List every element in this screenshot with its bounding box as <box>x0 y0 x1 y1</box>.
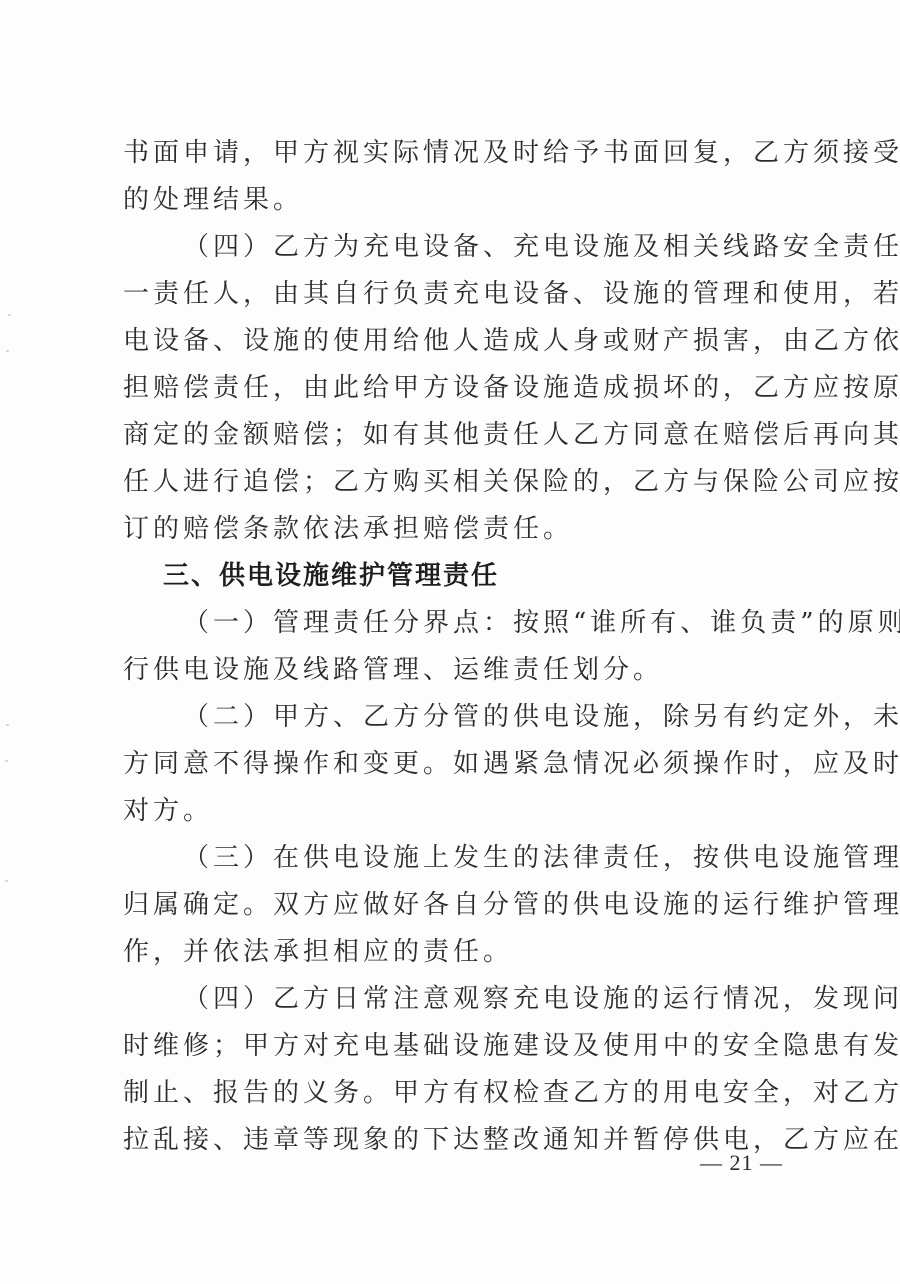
paragraph-line: 对方。 <box>123 788 785 835</box>
document-body: 书面申请，甲方视实际情况及时给予书面回复，乙方须接受甲方 的处理结果。 （四）乙… <box>123 130 785 1164</box>
clause-4-line: （四）乙方为充电设备、充电设施及相关线路安全责任的第 <box>123 224 785 271</box>
paragraph-line: 电设备、设施的使用给他人造成人身或财产损害，由乙方依法承 <box>123 318 785 365</box>
scan-speck <box>8 314 11 316</box>
scan-speck <box>6 724 9 726</box>
paragraph-line: 担赔偿责任，由此给甲方设备设施造成损坏的，乙方应按原值或 <box>123 365 785 412</box>
document-page: 书面申请，甲方视实际情况及时给予书面回复，乙方须接受甲方 的处理结果。 （四）乙… <box>0 0 900 1284</box>
scan-speck <box>5 760 8 762</box>
scan-speck <box>5 880 8 882</box>
paragraph-line: 归属确定。双方应做好各自分管的供电设施的运行维护管理工 <box>123 882 785 929</box>
clause-2-line: （二）甲方、乙方分管的供电设施，除另有约定外，未经对 <box>123 694 785 741</box>
paragraph-line: 制止、报告的义务。甲方有权检查乙方的用电安全，对乙方有私 <box>123 1070 785 1117</box>
paragraph-line: 订的赔偿条款依法承担赔偿责任。 <box>123 506 785 553</box>
paragraph-line: 书面申请，甲方视实际情况及时给予书面回复，乙方须接受甲方 <box>123 130 785 177</box>
clause-1-line: （一）管理责任分界点：按照“谁所有、谁负责”的原则进 <box>123 600 785 647</box>
scan-speck <box>6 350 9 352</box>
paragraph-line: 作，并依法承担相应的责任。 <box>123 929 785 976</box>
paragraph-line: 时维修；甲方对充电基础设施建设及使用中的安全隐患有发现、 <box>123 1023 785 1070</box>
paragraph-line: 任人进行追偿；乙方购买相关保险的，乙方与保险公司应按照签 <box>123 459 785 506</box>
paragraph-line: 的处理结果。 <box>123 177 785 224</box>
paragraph-line: 商定的金额赔偿；如有其他责任人乙方同意在赔偿后再向其他责 <box>123 412 785 459</box>
paragraph-line: 方同意不得操作和变更。如遇紧急情况必须操作时，应及时通知 <box>123 741 785 788</box>
paragraph-line: 一责任人，由其自行负责充电设备、设施的管理和使用，若因充 <box>123 271 785 318</box>
paragraph-line: 行供电设施及线路管理、运维责任划分。 <box>123 647 785 694</box>
clause-4b-line: （四）乙方日常注意观察充电设施的运行情况，发现问题及 <box>123 976 785 1023</box>
clause-3-line: （三）在供电设施上发生的法律责任，按供电设施管理责任 <box>123 835 785 882</box>
paragraph-line: 拉乱接、违章等现象的下达整改通知并暂停供电，乙方应在限期 <box>123 1117 785 1164</box>
section-heading: 三、供电设施维护管理责任 <box>123 553 785 600</box>
page-number: — 21 — <box>700 1150 783 1176</box>
